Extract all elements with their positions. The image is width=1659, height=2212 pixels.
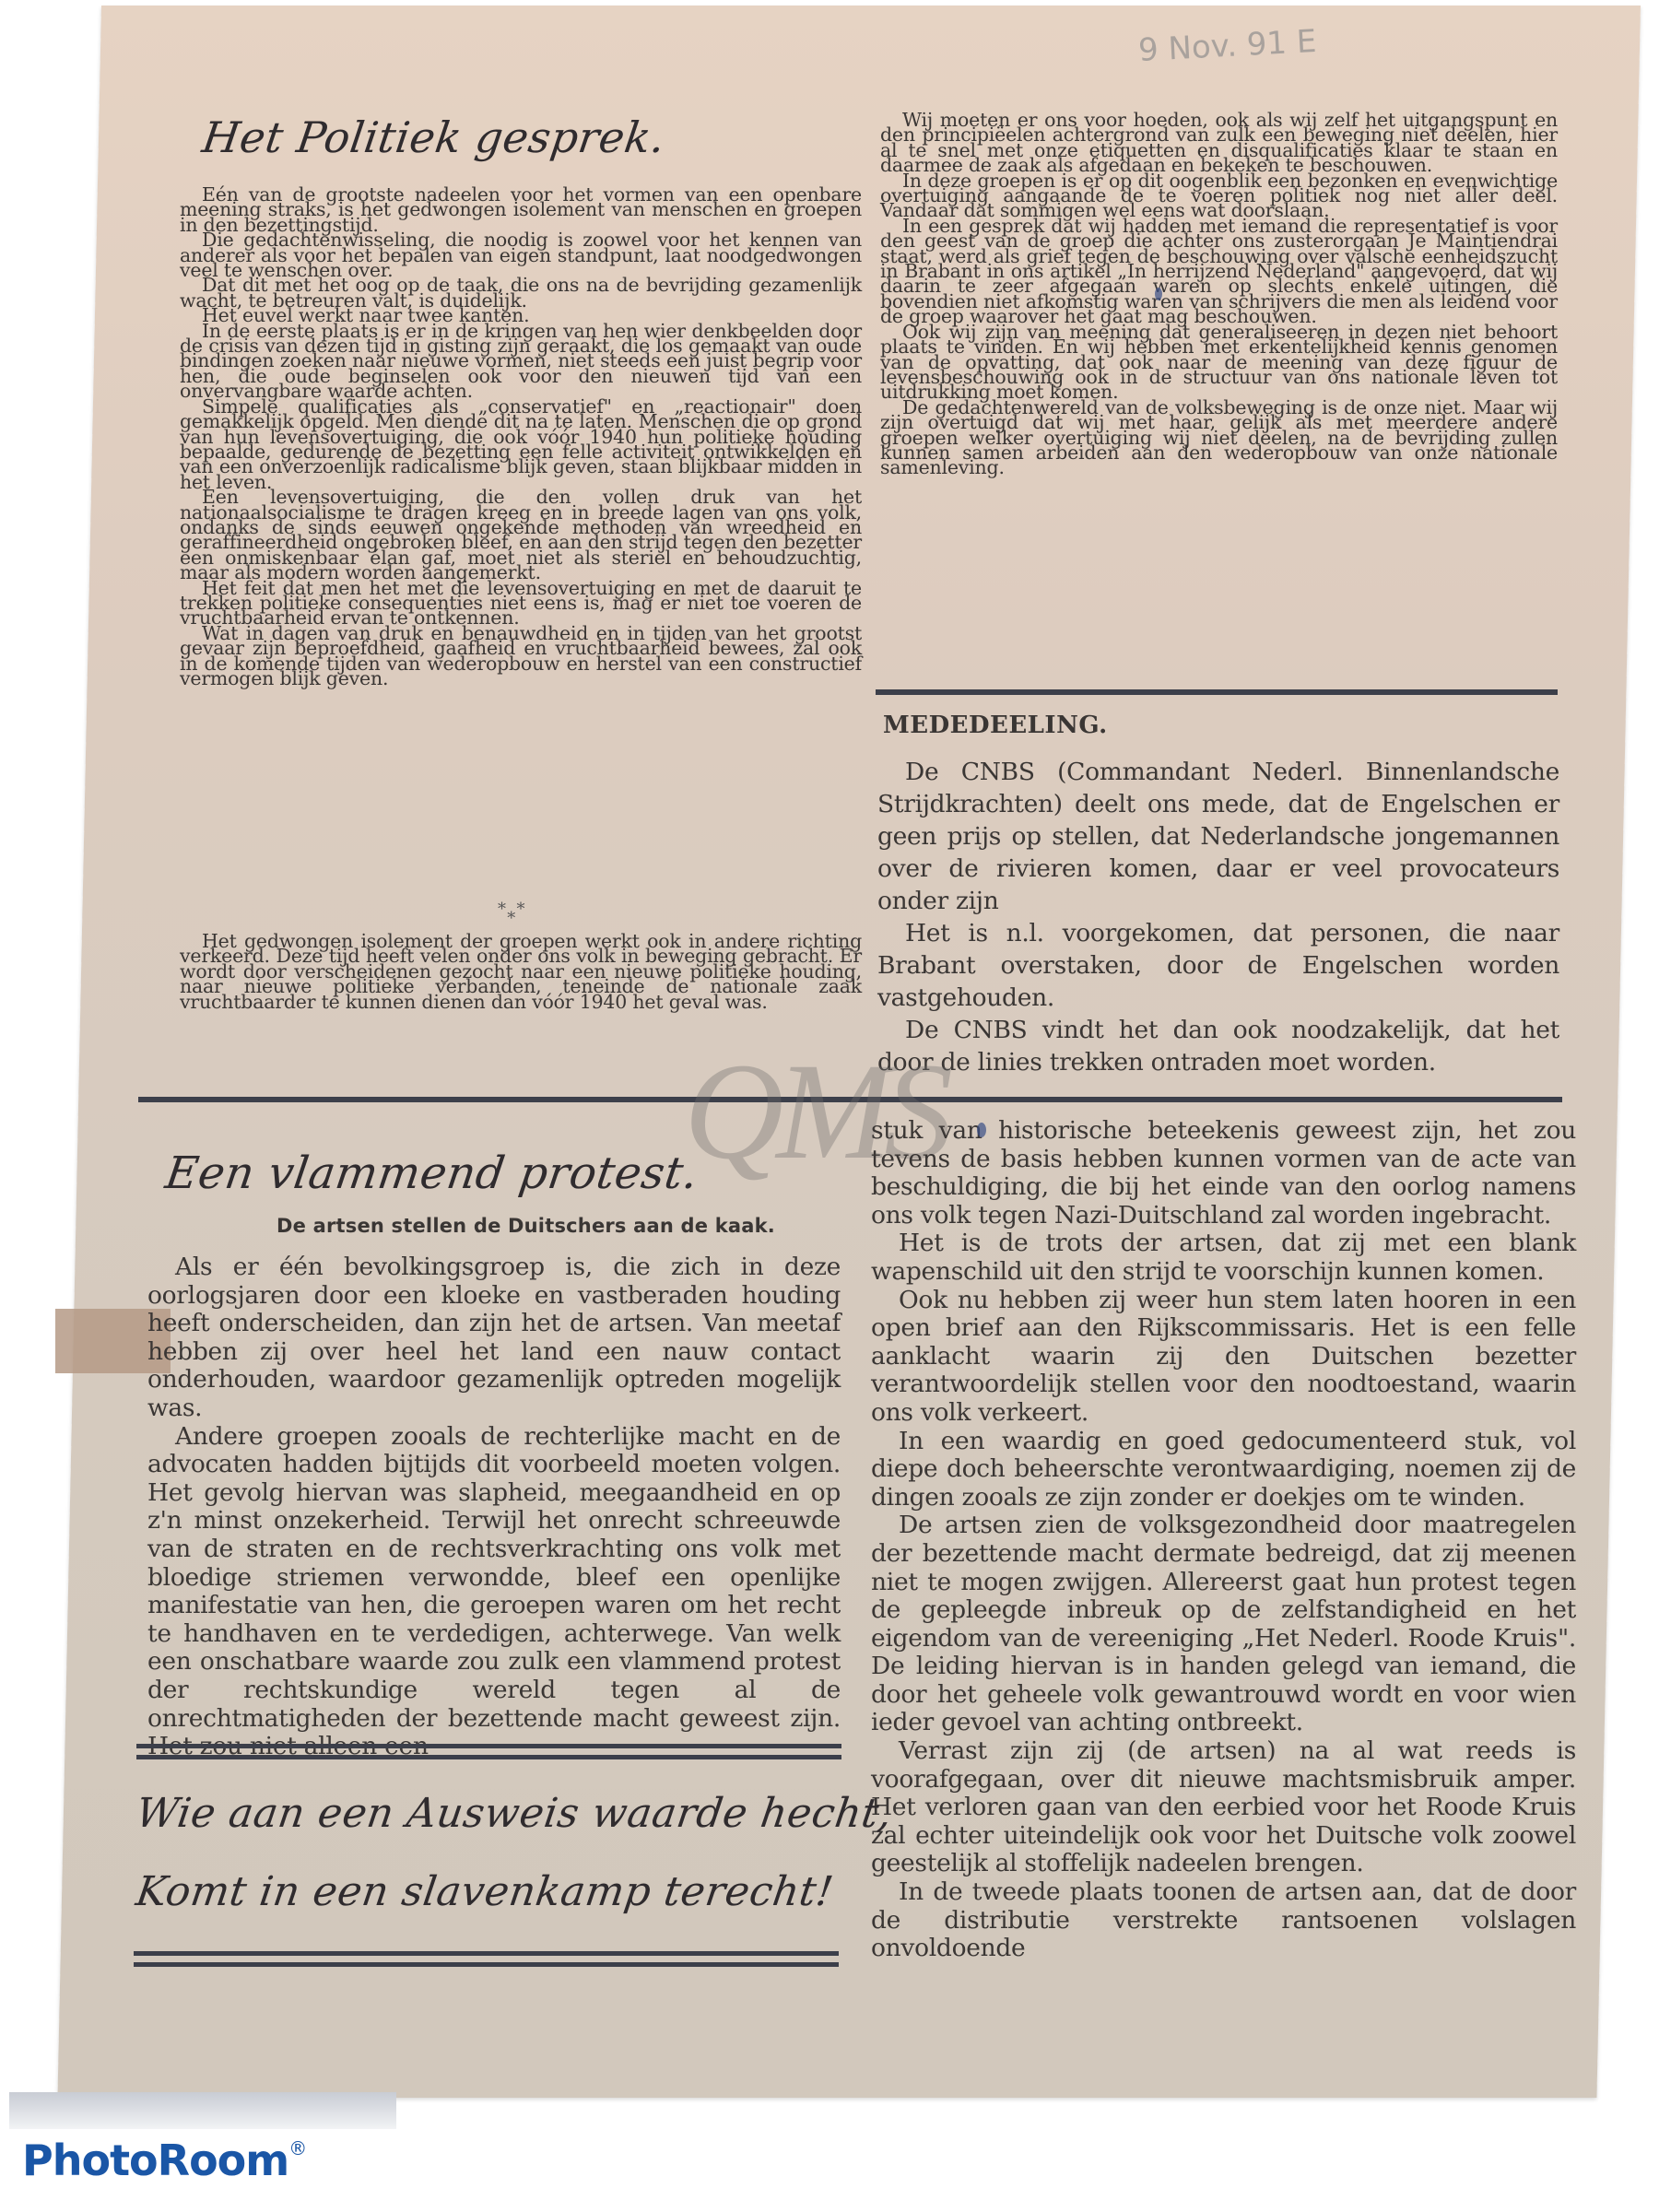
rule-above-mededeeling xyxy=(876,689,1558,695)
paragraph: Andere groepen zooals de rechterlijke ma… xyxy=(147,1423,841,1761)
paragraph: Als er één bevolkingsgroep is, die zich … xyxy=(147,1253,841,1423)
article-protest-column-2: stuk van historische beteekenis geweest … xyxy=(871,1117,1576,1963)
paragraph: Het feit dat men het met die levensovert… xyxy=(180,581,862,626)
section-separator: * ** xyxy=(498,905,524,924)
paragraph: Ook wij zijn van meening dat generalisee… xyxy=(880,324,1558,400)
slogan-rule-bottom-2 xyxy=(134,1962,839,1967)
slogan-line-2: Komt in een slavenkamp terecht! xyxy=(133,1868,836,1915)
registered-mark: ® xyxy=(288,2137,306,2159)
slogan-rule-top-2 xyxy=(136,1755,841,1759)
ink-blot xyxy=(1155,288,1162,300)
paragraph: De CNBS vindt het dan ook noodzakelijk, … xyxy=(877,1014,1559,1078)
paragraph: In deze groepen is er op dit oogenblik e… xyxy=(880,173,1558,218)
article-protest-subtitle: De artsen stellen de Duitschers aan de k… xyxy=(276,1215,775,1237)
paragraph: Wat in dagen van druk en benauwdheid en … xyxy=(180,626,862,687)
article-politiek-title: Het Politiek gesprek. xyxy=(199,112,668,162)
article-protest-column-1: Als er één bevolkingsgroep is, die zich … xyxy=(147,1253,841,1761)
article-politiek-column-2: Wij moeten er ons voor hoeden, ook als w… xyxy=(880,112,1558,476)
photoroom-logo-text: PhotoRoom xyxy=(22,2136,288,2185)
paragraph: In de tweede plaats toonen de artsen aan… xyxy=(871,1878,1576,1963)
paragraph: De CNBS (Commandant Nederl. Binnenlandsc… xyxy=(877,756,1559,917)
mededeeling-title: MEDEDEELING. xyxy=(883,712,1108,739)
paragraph: Het is n.l. voorgekomen, dat personen, d… xyxy=(877,917,1559,1014)
paper-shadow xyxy=(9,2092,396,2129)
paragraph: De gedachtenwereld van de volksbeweging … xyxy=(880,400,1558,476)
paragraph: Verrast zijn zij (de artsen) na al wat r… xyxy=(871,1737,1576,1878)
paragraph: De artsen zien de volksgezondheid door m… xyxy=(871,1512,1576,1737)
paragraph: Simpele qualificaties als „conservatief"… xyxy=(180,399,862,489)
paragraph: stuk van historische beteekenis geweest … xyxy=(871,1117,1576,1230)
paragraph: In een gesprek dat wij hadden met iemand… xyxy=(880,218,1558,324)
ink-blot xyxy=(977,1123,986,1137)
mededeeling-body: De CNBS (Commandant Nederl. Binnenlandsc… xyxy=(877,756,1559,1078)
paragraph: Een levensovertuiging, die den vollen dr… xyxy=(180,489,862,580)
article-politiek-column-1: Eén van de grootste nadeelen voor het vo… xyxy=(180,187,862,686)
article-protest-title: Een vlammend protest. xyxy=(162,1147,701,1199)
paragraph: Die gedachtenwisseling, die noodig is zo… xyxy=(180,232,862,277)
paragraph: Eén van de grootste nadeelen voor het vo… xyxy=(180,187,862,232)
paragraph: Ook nu hebben zij weer hun stem laten ho… xyxy=(871,1287,1576,1428)
slogan-rule-top-1 xyxy=(136,1744,841,1748)
paragraph: Het gedwongen isolement der groepen werk… xyxy=(180,934,862,1009)
slogan-line-1: Wie aan een Ausweis waarde hecht, xyxy=(133,1790,895,1837)
paragraph: In de eerste plaats is er in de kringen … xyxy=(180,324,862,399)
slogan-rule-bottom-1 xyxy=(134,1951,839,1956)
paragraph: In een waardig en goed gedocumenteerd st… xyxy=(871,1428,1576,1512)
photoroom-logo: PhotoRoom® xyxy=(22,2136,306,2185)
paragraph: Wij moeten er ons voor hoeden, ook als w… xyxy=(880,112,1558,173)
article-politiek-column-1-after: Het gedwongen isolement der groepen werk… xyxy=(180,934,862,1009)
paragraph: Het is de trots der artsen, dat zij met … xyxy=(871,1230,1576,1286)
